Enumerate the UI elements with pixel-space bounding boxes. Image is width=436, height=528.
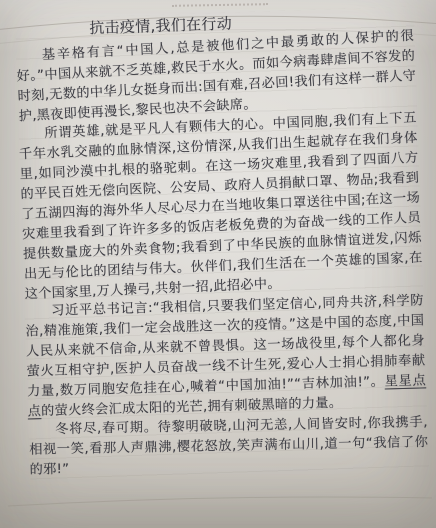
handwritten-essay: 抗击疫情,我们在行动 基辛格有言“中国人,总是被他们之中最勇敢的人保护的很好。”… [15, 6, 429, 483]
essay-paragraph-4: 冬将尽,春可期。待黎明破晓,山河无恙,人间皆安时,你我携手,相视一笑,看那人声鼎… [29, 413, 429, 481]
essay-paragraph-3: 习近平总书记言:“我相信,只要我们坚定信心,同舟共济,科学防治,精准施策,我们一… [25, 291, 427, 422]
paragraph-3-text-before-underline: 习近平总书记言:“我相信,只要我们坚定信心,同舟共济,科学防治,精准施策,我们一… [25, 293, 425, 399]
essay-paragraph-2: 所谓英雄,就是平凡人有颗伟大的心。中国同胞,我们有上下五千年水乳交融的血脉情深,… [18, 109, 424, 306]
notebook-page-photo: 抗击疫情,我们在行动 基辛格有言“中国人,总是被他们之中最勇敢的人保护的很好。”… [0, 0, 436, 528]
